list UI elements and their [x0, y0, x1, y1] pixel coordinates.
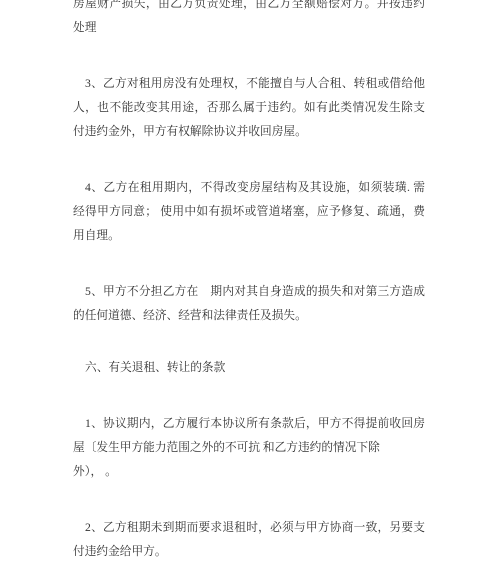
text-line: 经得甲方同意； 使用中如有损坏或管道堵塞，应予修复、疏通，费 [73, 200, 425, 224]
text-line: 的任何道德、经济、经营和法律责任及损失。 [73, 304, 425, 328]
text-line: 用自理。 [73, 224, 425, 248]
text-line: 5、甲方不分担乙方在 期内对其自身造成的损失和对第三方造成 [73, 280, 425, 304]
section-6-heading: 六、有关退租、转让的条款 [73, 356, 425, 380]
text-line: 付违约金外，甲方有权解除协议并收回房屋。 [73, 120, 425, 144]
clause-2-continuation: 房屋财产损失，由乙方负责处理，由乙方全额赔偿对方。并按违约处理 [73, 0, 425, 40]
clause-4: 4、乙方在租用期内，不得改变房屋结构及其设施，如须装璜. 需经得甲方同意； 使用… [73, 176, 425, 248]
text-line: 处理 [73, 16, 425, 40]
text-line: 2、乙方租期未到期而要求退租时，必须与甲方协商一致，另要支 [73, 516, 425, 540]
clause-6-1: 1、协议期内，乙方履行本协议所有条款后，甲方不得提前收回房屋〔发生甲方能力范围之… [73, 412, 425, 484]
text-line: 付违约金给甲方。 [73, 540, 425, 564]
text-line: 外）， 。 [73, 460, 425, 484]
text-line: 3、乙方对租用房没有处理权，不能擅自与人合租、转租或借给他 [73, 72, 425, 96]
clause-3: 3、乙方对租用房没有处理权，不能擅自与人合租、转租或借给他人，也不能改变其用途，… [73, 72, 425, 144]
text-line: 六、有关退租、转让的条款 [73, 356, 425, 380]
text-line: 屋〔发生甲方能力范围之外的不可抗 和乙方违约的情况下除 [73, 436, 425, 460]
clause-6-2: 2、乙方租期未到期而要求退租时，必须与甲方协商一致，另要支付违约金给甲方。 [73, 516, 425, 564]
text-line: 房屋财产损失，由乙方负责处理，由乙方全额赔偿对方。并按违约 [73, 0, 425, 16]
document-page: 房屋财产损失，由乙方负责处理，由乙方全额赔偿对方。并按违约处理3、乙方对租用房没… [0, 0, 500, 565]
text-line: 4、乙方在租用期内，不得改变房屋结构及其设施，如须装璜. 需 [73, 176, 425, 200]
text-line: 1、协议期内，乙方履行本协议所有条款后，甲方不得提前收回房 [73, 412, 425, 436]
clause-5: 5、甲方不分担乙方在 期内对其自身造成的损失和对第三方造成的任何道德、经济、经营… [73, 280, 425, 328]
text-line: 人，也不能改变其用途，否那么属于违约。如有此类情况发生除支 [73, 96, 425, 120]
